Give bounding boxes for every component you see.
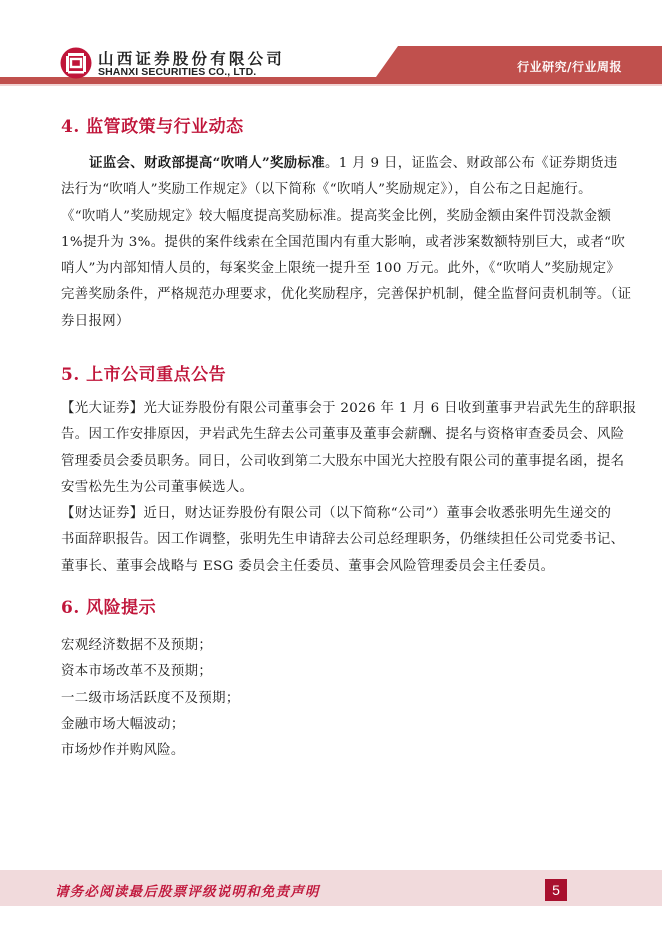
paragraph-line: 董事长、董事会战略与 ESG 委员会主任委员、董事会风险管理委员会主任委员。: [61, 554, 609, 580]
section-heading-6: 6. 风险提示: [61, 593, 156, 618]
page-number: 5: [545, 879, 567, 901]
paragraph-line: 完善奖励条件，严格规范办理要求，优化奖励程序，完善保护机制，健全监督问责机制等。…: [61, 282, 609, 308]
section-number: 5.: [61, 365, 80, 385]
risk-item: 市场炒作并购风险。: [61, 738, 240, 764]
risk-item: 宏观经济数据不及预期；: [61, 633, 240, 659]
section-heading-5: 5. 上市公司重点公告: [61, 360, 226, 385]
paragraph-line: 告。因工作安排原因，尹岩武先生辞去公司董事及董事会薪酬、提名与资格审查委员会、风…: [61, 422, 609, 448]
section-title: 监管政策与行业动态: [86, 117, 244, 137]
announcement-caida: 【财达证券】近日，财达证券股份有限公司（以下简称“公司”）董事会收悉张明先生递交…: [61, 501, 609, 580]
page-header: 山西证券股份有限公司 SHANXI SECURITIES CO., LTD. 行…: [0, 0, 662, 100]
paragraph-line: 券日报网）: [61, 309, 609, 335]
risk-item: 一二级市场活跃度不及预期；: [61, 686, 240, 712]
section-heading-4: 4. 监管政策与行业动态: [61, 112, 244, 137]
announcement-everbright: 【光大证券】光大证券股份有限公司董事会于 2026 年 1 月 6 日收到董事尹…: [61, 396, 609, 501]
risk-list: 宏观经济数据不及预期； 资本市场改革不及预期； 一二级市场活跃度不及预期； 金融…: [61, 633, 240, 764]
paragraph-line: 1%提升为 3%。提供的案件线索在全国范围内有重大影响，或者涉案数额特别巨大，或…: [61, 230, 609, 256]
section-number: 6.: [61, 598, 80, 618]
paragraph-line: 《“吹哨人”奖励规定》较大幅度提高奖励标准。提高奖金比例，奖励金额由案件罚没款金…: [61, 204, 609, 230]
paragraph-line: 证监会、财政部提高“吹哨人”奖励标准。1 月 9 日，证监会、财政部公布《证券期…: [61, 150, 609, 177]
shanxi-securities-logo-icon: [60, 47, 92, 79]
section-4-paragraph: 证监会、财政部提高“吹哨人”奖励标准。1 月 9 日，证监会、财政部公布《证券期…: [61, 150, 609, 335]
paragraph-line: 【光大证券】光大证券股份有限公司董事会于 2026 年 1 月 6 日收到董事尹…: [61, 396, 609, 422]
paragraph-line: 管理委员会委员职务。同日，公司收到第二大股东中国光大控股有限公司的董事提名函，提…: [61, 449, 609, 475]
company-name-en: SHANXI SECURITIES CO., LTD.: [98, 66, 256, 78]
risk-item: 金融市场大幅波动；: [61, 712, 240, 738]
paragraph-line: 【财达证券】近日，财达证券股份有限公司（以下简称“公司”）董事会收悉张明先生递交…: [61, 501, 609, 527]
paragraph-lead: 证监会、财政部提高“吹哨人”奖励标准: [89, 155, 325, 171]
risk-item: 资本市场改革不及预期；: [61, 659, 240, 685]
paragraph-line: 安雪松先生为公司董事候选人。: [61, 475, 609, 501]
paragraph-line: 哨人”为内部知情人员的，每案奖金上限统一提升至 100 万元。此外，《“吹哨人”…: [61, 256, 609, 282]
section-number: 4.: [61, 117, 80, 137]
paragraph-line: 法行为“吹哨人”奖励工作规定》（以下简称《“吹哨人”奖励规定》），自公布之日起施…: [61, 177, 609, 203]
report-category: 行业研究/行业周报: [517, 58, 622, 75]
section-title: 风险提示: [86, 598, 156, 618]
section-title: 上市公司重点公告: [86, 365, 226, 385]
section-5-announcements: 【光大证券】光大证券股份有限公司董事会于 2026 年 1 月 6 日收到董事尹…: [61, 396, 609, 580]
disclaimer-notice: 请务必阅读最后股票评级说明和免责声明: [55, 880, 320, 900]
paragraph-line: 书面辞职报告。因工作调整，张明先生申请辞去公司总经理职务，仍继续担任公司党委书记…: [61, 527, 609, 553]
